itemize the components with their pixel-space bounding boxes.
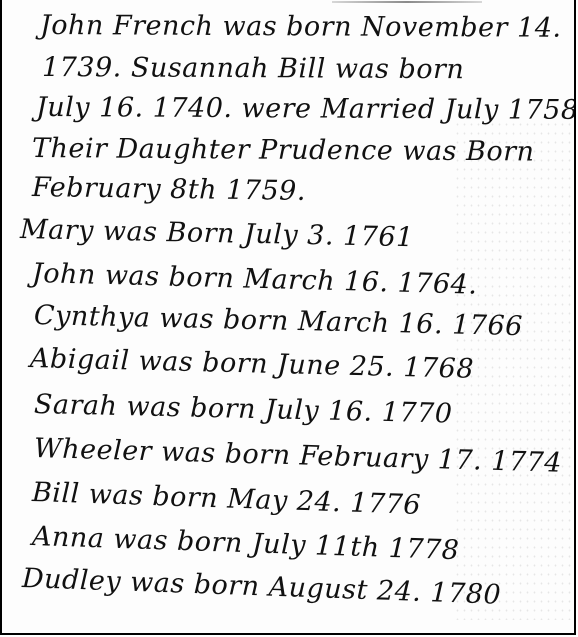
register-line-4: Their Daughter Prudence was Born <box>32 133 535 168</box>
register-line-2: 1739. Susannah Bill was born <box>42 52 465 85</box>
register-line-1: John French was born November 14. <box>40 10 562 44</box>
register-line-9: Abigail was born June 25. 1768 <box>30 343 475 385</box>
handwritten-register-page: John French was born November 14. 1739. … <box>0 0 576 635</box>
register-line-14: Dudley was born August 24. 1780 <box>21 563 501 611</box>
register-line-13: Anna was born July 11th 1778 <box>31 521 459 566</box>
register-line-5: February 8th 1759. <box>32 172 306 207</box>
register-line-12: Bill was born May 24. 1776 <box>31 477 421 521</box>
register-line-10: Sarah was born July 16. 1770 <box>34 389 453 429</box>
top-edge-mark <box>332 1 482 3</box>
register-line-6: Mary was Born July 3. 1761 <box>20 214 414 253</box>
register-line-3: July 16. 1740. were Married July 1758 <box>36 92 576 126</box>
register-line-7: John was born March 16. 1764. <box>32 258 478 301</box>
register-line-8: Cynthya was born March 16. 1766 <box>34 300 524 342</box>
